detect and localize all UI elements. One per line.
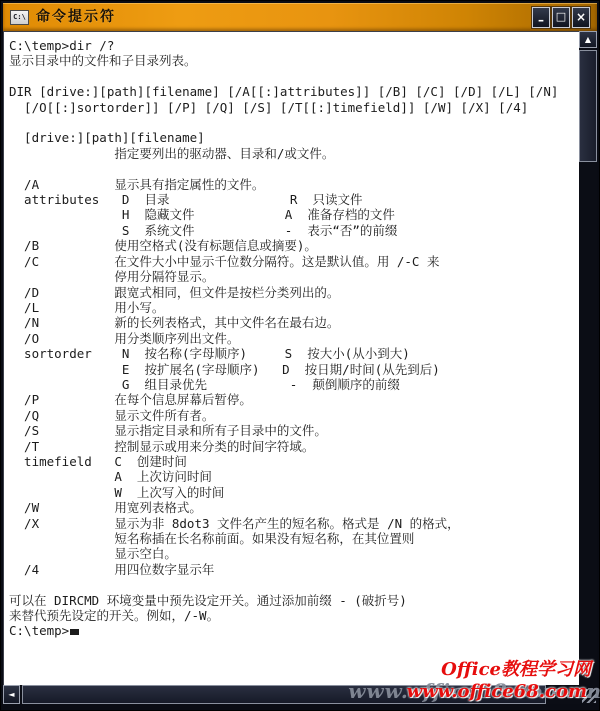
cmd-icon-label: C:\: [13, 14, 26, 21]
vertical-scrollbar[interactable]: ▲: [579, 31, 597, 685]
minimize-button[interactable]: –: [532, 7, 550, 28]
prompt-line: C:\temp>: [4, 623, 579, 638]
window-controls: – □ ×: [532, 7, 590, 28]
scroll-left-button[interactable]: ◄: [3, 685, 20, 704]
console-output[interactable]: C:\temp>dir /? 显示目录中的文件和子目录列表。 DIR [driv…: [3, 31, 579, 685]
titlebar[interactable]: C:\ 命令提示符 – □ ×: [3, 3, 597, 31]
arrow-up-icon: ▲: [585, 36, 591, 44]
maximize-button[interactable]: □: [552, 7, 570, 28]
window-body: C:\temp>dir /? 显示目录中的文件和子目录列表。 DIR [driv…: [3, 31, 597, 685]
horizontal-scrollbar[interactable]: ◄: [3, 685, 579, 704]
close-icon: ×: [576, 11, 586, 23]
text-cursor: [70, 629, 79, 635]
bottom-bar: ◄: [3, 685, 597, 704]
arrow-left-icon: ◄: [8, 691, 14, 699]
close-button[interactable]: ×: [572, 7, 590, 28]
minimize-icon: –: [538, 14, 544, 26]
window-title: 命令提示符: [36, 10, 116, 24]
maximize-icon: □: [556, 11, 566, 23]
cmd-icon[interactable]: C:\: [10, 10, 29, 25]
horizontal-scroll-thumb[interactable]: [22, 685, 546, 704]
console-text: C:\temp>dir /? 显示目录中的文件和子目录列表。 DIR [driv…: [4, 32, 579, 623]
prompt-text: C:\temp>: [9, 623, 69, 638]
resize-grip-icon: [582, 689, 596, 703]
scroll-up-button[interactable]: ▲: [579, 31, 597, 48]
resize-grip[interactable]: [579, 685, 597, 704]
vertical-scroll-thumb[interactable]: [579, 50, 597, 162]
cmd-window: C:\ 命令提示符 – □ × C:\temp>dir /? 显示目录中的文件和…: [0, 0, 600, 711]
